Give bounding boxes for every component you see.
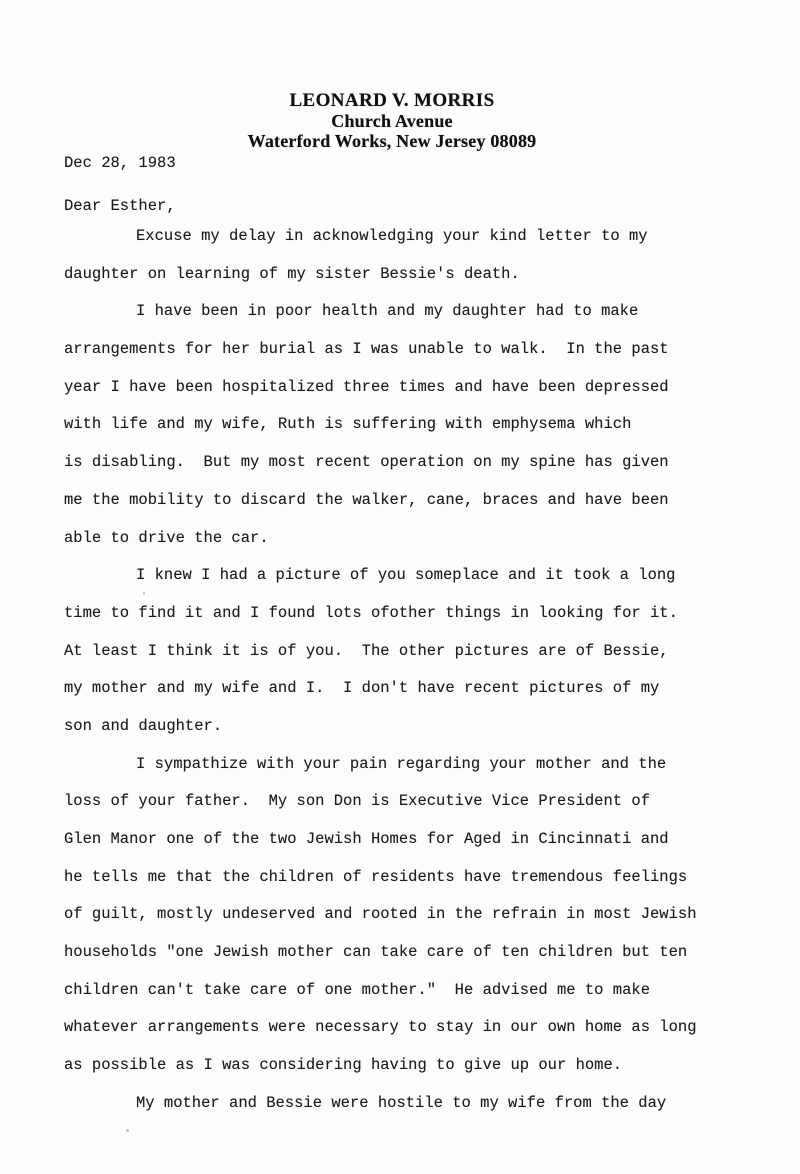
letter-line: I sympathize with your pain regarding yo… xyxy=(64,752,764,790)
paragraph: My mother and Bessie were hostile to my … xyxy=(64,1091,764,1129)
letter-line: At least I think it is of you. The other… xyxy=(64,639,764,677)
letter-line: as possible as I was considering having … xyxy=(64,1053,764,1091)
letter-line: is disabling. But my most recent operati… xyxy=(64,450,764,488)
paragraph: Excuse my delay in acknowledging your ki… xyxy=(64,224,764,299)
letter-line: my mother and my wife and I. I don't hav… xyxy=(64,676,764,714)
letter-line: children can't take care of one mother."… xyxy=(64,978,764,1016)
letter-line: year I have been hospitalized three time… xyxy=(64,375,764,413)
letterhead: LEONARD V. MORRIS Church Avenue Waterfor… xyxy=(0,90,792,151)
date-line: Dec 28, 1983 xyxy=(64,153,176,173)
paragraph: I knew I had a picture of you someplace … xyxy=(64,563,764,751)
letterhead-address-line2: Waterford Works, New Jersey 08089 xyxy=(0,131,792,151)
letter-body: Excuse my delay in acknowledging your ki… xyxy=(64,224,764,1129)
letter-line: able to drive the car. xyxy=(64,526,764,564)
letter-line: of guilt, mostly undeserved and rooted i… xyxy=(64,902,764,940)
letter-line: me the mobility to discard the walker, c… xyxy=(64,488,764,526)
letter-line: he tells me that the children of residen… xyxy=(64,865,764,903)
letter-line: loss of your father. My son Don is Execu… xyxy=(64,789,764,827)
letterhead-name: LEONARD V. MORRIS xyxy=(0,90,792,111)
letter-line: Excuse my delay in acknowledging your ki… xyxy=(64,224,764,262)
letter-line: whatever arrangements were necessary to … xyxy=(64,1015,764,1053)
scanned-letter-page: LEONARD V. MORRIS Church Avenue Waterfor… xyxy=(0,0,800,1174)
letterhead-address-line1: Church Avenue xyxy=(0,111,792,131)
letter-line: arrangements for her burial as I was una… xyxy=(64,337,764,375)
letter-line: Glen Manor one of the two Jewish Homes f… xyxy=(64,827,764,865)
scan-speck xyxy=(126,1129,129,1132)
letter-line: I have been in poor health and my daught… xyxy=(64,299,764,337)
paragraph: I sympathize with your pain regarding yo… xyxy=(64,752,764,1091)
letter-line: with life and my wife, Ruth is suffering… xyxy=(64,412,764,450)
letter-line: My mother and Bessie were hostile to my … xyxy=(64,1091,764,1129)
letter-line: son and daughter. xyxy=(64,714,764,752)
letter-line: I knew I had a picture of you someplace … xyxy=(64,563,764,601)
letter-line: households "one Jewish mother can take c… xyxy=(64,940,764,978)
salutation: Dear Esther, xyxy=(64,196,176,216)
scan-speck xyxy=(143,592,145,595)
letter-line: daughter on learning of my sister Bessie… xyxy=(64,262,764,300)
letter-line: time to find it and I found lots ofother… xyxy=(64,601,764,639)
paragraph: I have been in poor health and my daught… xyxy=(64,299,764,563)
scan-speck xyxy=(435,423,437,425)
